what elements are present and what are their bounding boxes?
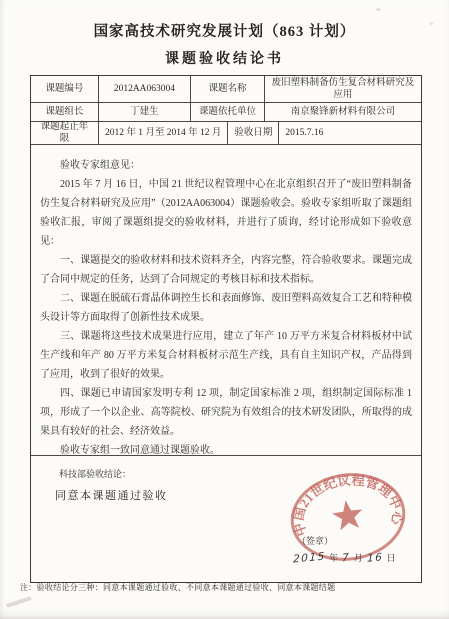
- document-title: 国家高技术研究发展计划（863 计划）: [0, 20, 449, 41]
- date-year-unit: 年: [329, 553, 339, 563]
- table-row: 课题编号 2012AA063004 课题名称 废旧塑料制备仿生复合材料研究及应用: [31, 76, 421, 103]
- project-number-value: 2012AA063004: [99, 76, 192, 102]
- acceptance-date-value: 2015.7.16: [279, 122, 329, 144]
- project-leader-label: 课题组长: [31, 103, 99, 121]
- host-org-value: 南京聚锋新材料有限公司: [265, 103, 421, 121]
- table-row: 课题组长 丁建生 课题依托单位 南京聚锋新材料有限公司: [31, 103, 421, 122]
- date-day-handwritten: 16: [367, 551, 384, 564]
- acceptance-date-label: 验收日期: [228, 122, 279, 144]
- ministry-conclusion-text: 同意本课题通过验收: [55, 487, 168, 503]
- project-period-label: 课题起止年限: [31, 122, 99, 144]
- expert-opinion-paragraph: 二、课题在脱硫石膏晶体调控生长和表面修饰、废旧塑料高效复合工艺和特种模头设计等方…: [40, 289, 412, 327]
- expert-opinion-paragraph: 验收专家组一致同意通过课题验收。: [40, 441, 412, 456]
- project-period-value: 2012 年 1 月至 2014 年 12 月: [99, 122, 228, 144]
- expert-opinion-paragraph: 2015 年 7 月 16 日，中国 21 世纪议程管理中心在北京组织召开了“废…: [40, 175, 412, 251]
- ministry-conclusion-cell: 科技部验收结论： 同意本课题通过验收 （签章） 中国21世纪议程管理中心 201…: [31, 456, 421, 582]
- scan-speck: [430, 22, 433, 25]
- scan-speck: [376, 8, 381, 11]
- project-name-label: 课题名称: [191, 76, 265, 102]
- date-day-unit: 日: [387, 553, 397, 563]
- scan-smudge: [6, 596, 32, 608]
- expert-opinion-paragraph: 一、课题提交的验收材料和技术资料齐全，内容完整，符合验收要求。课题完成了合同中规…: [40, 251, 412, 289]
- expert-opinion-paragraph: 三、课题将这些技术成果进行应用，建立了年产 10 万平方米复合材料板材中试生产线…: [40, 327, 412, 384]
- date-line: 2015 年 7 月 16 日: [293, 551, 397, 564]
- table-row: 课题起止年限 2012 年 1 月至 2014 年 12 月 验收日期 2015…: [31, 122, 421, 145]
- date-month-unit: 月: [354, 553, 364, 563]
- project-leader-value: 丁建生: [99, 103, 192, 121]
- seal-star-icon: [331, 498, 365, 531]
- document-subtitle: 课题验收结论书: [0, 48, 449, 68]
- footnote: 注：验收结论分三种：同意本课题通过验收、不同意本课题通过验收、同意本课题结题: [20, 582, 335, 593]
- expert-opinion-heading: 验收专家组意见：: [40, 156, 412, 175]
- project-name-value: 废旧塑料制备仿生复合材料研究及应用: [265, 76, 421, 102]
- project-number-label: 课题编号: [31, 76, 99, 102]
- host-org-label: 课题依托单位: [191, 103, 265, 121]
- expert-opinion-paragraph: 四、课题已申请国家发明专利 12 项，制定国家标准 2 项，组织制定国际标准 1…: [40, 384, 412, 441]
- expert-opinion-cell: 验收专家组意见： 2015 年 7 月 16 日，中国 21 世纪议程管理中心在…: [31, 145, 421, 456]
- ministry-conclusion-heading: 科技部验收结论：: [59, 467, 131, 480]
- document-page: 国家高技术研究发展计划（863 计划） 课题验收结论书 课题编号 2012AA0…: [0, 0, 449, 619]
- date-year-handwritten: 2015: [293, 551, 326, 566]
- info-table: 课题编号 2012AA063004 课题名称 废旧塑料制备仿生复合材料研究及应用…: [30, 75, 422, 583]
- date-month-handwritten: 7: [342, 552, 350, 565]
